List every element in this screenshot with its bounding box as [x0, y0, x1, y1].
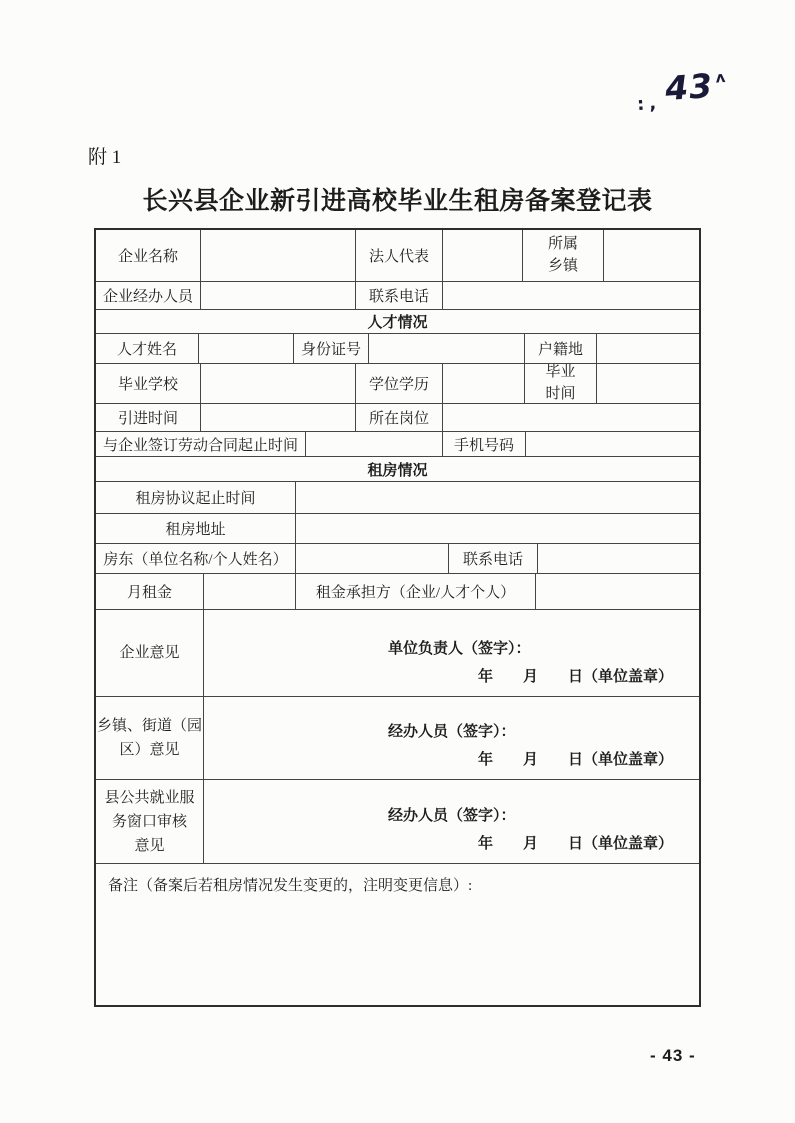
legal-rep-input[interactable]	[443, 230, 523, 281]
position-label: 所在岗位	[356, 404, 443, 431]
table-row: 人才情况	[96, 310, 699, 334]
labor-contract-label: 与企业签订劳动合同起止时间	[96, 432, 306, 456]
township-date-line: 年 月 日（单位盖章）	[204, 748, 699, 769]
legal-rep-label: 法人代表	[356, 230, 443, 281]
rent-bearer-input[interactable]	[536, 574, 699, 609]
rental-period-label: 租房协议起止时间	[96, 482, 296, 513]
township-label: 所属 乡镇	[523, 230, 604, 281]
talent-name-label: 人才姓名	[96, 334, 199, 363]
township-opinion-label: 乡镇、街道（园 区）意见	[96, 697, 204, 779]
table-row: 租房协议起止时间	[96, 482, 699, 514]
remark-input-area[interactable]: 备注（备案后若租房情况发生变更的，注明变更信息）:	[96, 864, 699, 1005]
township-opinion-signoff-area[interactable]: 经办人员（签字）： 年 月 日（单位盖章）	[204, 697, 699, 779]
grad-time-label: 毕业 时间	[525, 364, 597, 403]
degree-label: 学位学历	[356, 364, 443, 403]
page-title: 长兴县企业新引进高校毕业生租房备案登记表	[0, 181, 795, 217]
table-row: 企业名称 法人代表 所属 乡镇	[96, 230, 699, 282]
talent-name-input[interactable]	[199, 334, 294, 363]
remark-label: 备注（备案后若租房情况发生变更的，注明变更信息）:	[108, 874, 472, 895]
mobile-input[interactable]	[526, 432, 699, 456]
household-label: 户籍地	[525, 334, 597, 363]
township-sign-line: 经办人员（签字）：	[204, 720, 699, 741]
table-row: 毕业学校 学位学历 毕业 时间	[96, 364, 699, 404]
household-input[interactable]	[597, 334, 699, 363]
page-number: - 43 -	[650, 1046, 696, 1066]
table-row: 租房地址	[96, 514, 699, 544]
contact-phone-label: 联系电话	[356, 282, 443, 309]
registration-form-table: 企业名称 法人代表 所属 乡镇 企业经办人员 联系电话 人才情况 人才姓名 身份…	[94, 228, 701, 1007]
handwritten-number: 43	[664, 66, 715, 108]
id-number-label: 身份证号	[294, 334, 369, 363]
attachment-label: 附 1	[88, 142, 121, 169]
company-opinion-label: 企业意见	[96, 610, 204, 696]
ink-marks: :,	[636, 93, 661, 116]
table-row: 企业经办人员 联系电话	[96, 282, 699, 310]
company-agent-label: 企业经办人员	[96, 282, 201, 309]
table-row: 乡镇、街道（园 区）意见 经办人员（签字）： 年 月 日（单位盖章）	[96, 697, 699, 780]
county-date-line: 年 月 日（单位盖章）	[204, 832, 699, 853]
table-row: 县公共就业服 务窗口审核 意见 经办人员（签字）： 年 月 日（单位盖章）	[96, 780, 699, 864]
county-opinion-signoff-area[interactable]: 经办人员（签字）： 年 月 日（单位盖章）	[204, 780, 699, 863]
rental-address-label: 租房地址	[96, 514, 296, 543]
ink-tail: ʌ	[715, 68, 726, 87]
landlord-phone-label: 联系电话	[449, 544, 538, 573]
talent-section-header: 人才情况	[96, 310, 699, 333]
handwritten-mark: :, 43 ʌ	[635, 65, 729, 110]
table-row: 与企业签订劳动合同起止时间 手机号码	[96, 432, 699, 457]
township-input[interactable]	[604, 230, 699, 281]
table-row: 房东（单位名称/个人姓名） 联系电话	[96, 544, 699, 574]
intro-time-input[interactable]	[201, 404, 356, 431]
intro-time-label: 引进时间	[96, 404, 201, 431]
company-sign-line: 单位负责人（签字）：	[204, 637, 699, 658]
company-agent-input[interactable]	[201, 282, 356, 309]
document-page: :, 43 ʌ 附 1 长兴县企业新引进高校毕业生租房备案登记表 企业名称 法人…	[0, 0, 795, 1123]
monthly-rent-input[interactable]	[204, 574, 296, 609]
position-input[interactable]	[443, 404, 699, 431]
grad-time-input[interactable]	[597, 364, 699, 403]
contact-phone-input[interactable]	[443, 282, 699, 309]
mobile-label: 手机号码	[443, 432, 526, 456]
table-row: 企业意见 单位负责人（签字）： 年 月 日（单位盖章）	[96, 610, 699, 697]
rental-section-header: 租房情况	[96, 457, 699, 481]
table-row: 月租金 租金承担方（企业/人才个人）	[96, 574, 699, 610]
company-name-input[interactable]	[201, 230, 356, 281]
landlord-input[interactable]	[296, 544, 449, 573]
table-row: 租房情况	[96, 457, 699, 482]
rental-address-input[interactable]	[296, 514, 699, 543]
table-row: 备注（备案后若租房情况发生变更的，注明变更信息）:	[96, 864, 699, 1005]
grad-school-label: 毕业学校	[96, 364, 201, 403]
company-opinion-signoff-area[interactable]: 单位负责人（签字）： 年 月 日（单位盖章）	[204, 610, 699, 696]
landlord-label: 房东（单位名称/个人姓名）	[96, 544, 296, 573]
county-opinion-label: 县公共就业服 务窗口审核 意见	[96, 780, 204, 863]
rental-period-input[interactable]	[296, 482, 699, 513]
id-number-input[interactable]	[369, 334, 525, 363]
labor-contract-input[interactable]	[306, 432, 443, 456]
table-row: 人才姓名 身份证号 户籍地	[96, 334, 699, 364]
monthly-rent-label: 月租金	[96, 574, 204, 609]
company-name-label: 企业名称	[96, 230, 201, 281]
county-sign-line: 经办人员（签字）：	[204, 804, 699, 825]
table-row: 引进时间 所在岗位	[96, 404, 699, 432]
landlord-phone-input[interactable]	[538, 544, 699, 573]
company-date-line: 年 月 日（单位盖章）	[204, 665, 699, 686]
degree-input[interactable]	[443, 364, 525, 403]
rent-bearer-label: 租金承担方（企业/人才个人）	[296, 574, 536, 609]
grad-school-input[interactable]	[201, 364, 356, 403]
